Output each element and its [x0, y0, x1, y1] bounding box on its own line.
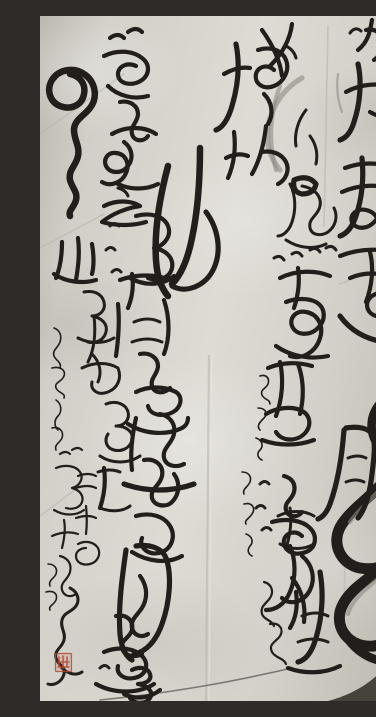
brush-stroke [260, 375, 270, 404]
brush-stroke [116, 304, 119, 356]
brush-stroke [298, 364, 303, 414]
crease-line [324, 26, 328, 226]
brush-stroke [172, 148, 200, 284]
brush-stroke [262, 582, 274, 626]
brush-stroke [370, 112, 376, 118]
brush-stroke [270, 624, 286, 664]
crease-line [40, 486, 80, 516]
brush-stroke [348, 456, 366, 458]
brush-stroke [134, 319, 160, 322]
brush-stroke [326, 246, 336, 250]
brush-stroke [160, 414, 184, 466]
brush-stroke [98, 470, 120, 472]
calligraphy-column-5 [49, 70, 96, 282]
brush-stroke [258, 408, 266, 430]
brush-stroke [342, 186, 376, 192]
brush-stroke [246, 534, 252, 556]
brush-stroke [52, 367, 64, 398]
brush-stroke [76, 238, 79, 280]
brush-stroke [262, 528, 271, 531]
brush-stroke [128, 29, 142, 32]
brush-stroke [266, 408, 309, 440]
brush-stroke [62, 520, 65, 548]
brush-stroke [346, 480, 364, 482]
brush-stroke [340, 64, 360, 140]
brush-stroke [268, 363, 312, 368]
brush-stroke [288, 666, 340, 672]
brush-stroke [78, 338, 114, 343]
brush-stroke [256, 438, 262, 460]
brush-stroke [46, 591, 57, 610]
brush-stroke [72, 448, 82, 450]
brush-stroke [112, 128, 156, 134]
brush-stroke [92, 354, 100, 382]
brush-stroke [260, 482, 269, 485]
brush-stroke [226, 154, 248, 158]
brush-stroke [337, 446, 376, 569]
brush-stroke [120, 276, 170, 281]
brush-stroke [48, 564, 57, 586]
brush-stroke [76, 542, 99, 565]
calligraphy-strokes [40, 16, 376, 701]
brush-stroke [108, 86, 148, 98]
brush-stroke [49, 70, 95, 216]
brush-stroke [92, 244, 94, 274]
brush-stroke [318, 430, 344, 519]
brush-stroke [310, 136, 317, 164]
brush-stroke [216, 44, 238, 130]
brush-stroke [118, 184, 158, 189]
brush-stroke [132, 339, 162, 342]
brush-stroke [104, 52, 148, 84]
brush-stroke [112, 270, 121, 273]
brush-stroke [340, 316, 376, 342]
brush-stroke [100, 666, 109, 669]
brush-stroke [310, 248, 320, 252]
brush-stroke [276, 346, 328, 358]
brush-stroke [100, 456, 140, 462]
brush-stroke [110, 35, 124, 38]
brush-stroke [286, 46, 296, 58]
dry-brush-stroke [337, 74, 342, 112]
brush-stroke [290, 592, 297, 628]
brush-stroke [358, 20, 372, 50]
crease-line [40, 214, 104, 248]
brush-stroke [256, 506, 265, 509]
inscription-column-inner [76, 474, 99, 565]
brush-stroke [56, 242, 62, 278]
seal-characters [58, 656, 69, 668]
brush-stroke [78, 474, 96, 476]
brush-stroke [60, 452, 70, 454]
brush-stroke [350, 29, 361, 33]
brush-stroke [286, 240, 326, 247]
calligraphy-artwork: Photograph of a vertical Chinese wild-cu… [40, 16, 376, 701]
brush-stroke [164, 300, 169, 354]
brush-stroke [295, 110, 306, 146]
brush-stroke [52, 428, 63, 450]
date-column-small [52, 328, 64, 450]
brush-stroke [100, 468, 105, 508]
brush-stroke [292, 252, 302, 256]
brush-stroke [54, 328, 61, 368]
brush-stroke [278, 184, 295, 236]
fold-crease [206, 356, 209, 701]
brush-stroke [120, 102, 148, 141]
brush-stroke [100, 506, 130, 511]
seal-bottom-left [56, 654, 72, 672]
brush-stroke [86, 506, 87, 534]
brush-stroke [286, 299, 324, 357]
colophon-column-left [46, 448, 84, 610]
brush-stroke [274, 256, 284, 260]
brush-stroke [55, 400, 61, 430]
calligraphy-column-3 [156, 44, 288, 296]
brush-stroke [242, 472, 251, 494]
calligraphy-column-1 [337, 20, 376, 662]
brush-stroke [302, 613, 328, 616]
brush-stroke [54, 510, 84, 515]
brush-stroke [102, 142, 131, 184]
brush-stroke [76, 486, 96, 488]
brush-stroke [244, 504, 254, 524]
brush-stroke [280, 272, 330, 278]
brush-stroke [106, 248, 115, 251]
